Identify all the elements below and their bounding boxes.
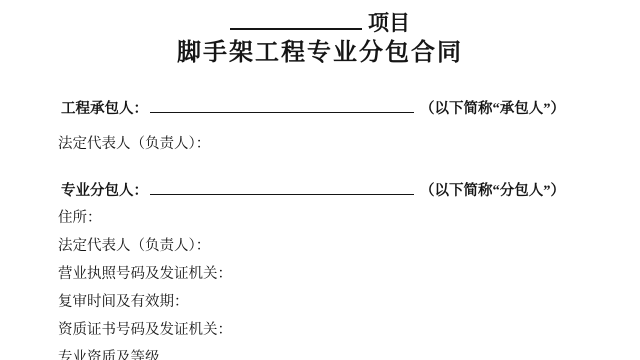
subcontractor-business-license-field: 营业执照号码及发证机关： (58, 265, 620, 283)
subcontractor-legal-representative-field: 法定代表人（负责人）： (58, 237, 620, 255)
document-title-line1: 项目 (0, 8, 640, 36)
contract-document-page: 项目 脚手架工程专业分包合同 工程承包人：（以下简称“承包人”） 法定代表人（负… (0, 0, 640, 360)
contractor-section: 工程承包人：（以下简称“承包人”） 法定代表人（负责人）： (58, 99, 620, 153)
subcontractor-qualification-certificate-field: 资质证书号码及发证机关： (58, 321, 620, 339)
contractor-alias-note: （以下简称“承包人”） (420, 101, 565, 117)
contractor-name-blank-field (150, 99, 414, 113)
subcontractor-party-line: 专业分包人：（以下简称“分包人”） (58, 181, 620, 199)
subcontractor-address-field: 住所： (58, 209, 620, 227)
subcontractor-section: 专业分包人：（以下简称“分包人”） 住所： 法定代表人（负责人）： 营业执照号码… (58, 181, 620, 360)
document-title-suffix: 项目 (368, 11, 410, 35)
contractor-legal-representative-field: 法定代表人（负责人）： (58, 135, 620, 153)
subcontractor-qualification-grade-field: 专业资质及等级 (58, 349, 620, 360)
contractor-label: 工程承包人： (61, 101, 148, 117)
subcontractor-label: 专业分包人： (61, 183, 148, 199)
document-body: 工程承包人：（以下简称“承包人”） 法定代表人（负责人）： 专业分包人：（以下简… (0, 99, 640, 360)
document-title-block: 项目 脚手架工程专业分包合同 (0, 0, 640, 67)
subcontractor-alias-note: （以下简称“分包人”） (420, 183, 565, 199)
project-name-blank-field (230, 8, 362, 30)
subcontractor-review-validity-field: 复审时间及有效期： (58, 293, 620, 311)
subcontractor-name-blank-field (150, 181, 414, 195)
document-title-line2: 脚手架工程专业分包合同 (0, 39, 640, 67)
contractor-party-line: 工程承包人：（以下简称“承包人”） (58, 99, 620, 117)
